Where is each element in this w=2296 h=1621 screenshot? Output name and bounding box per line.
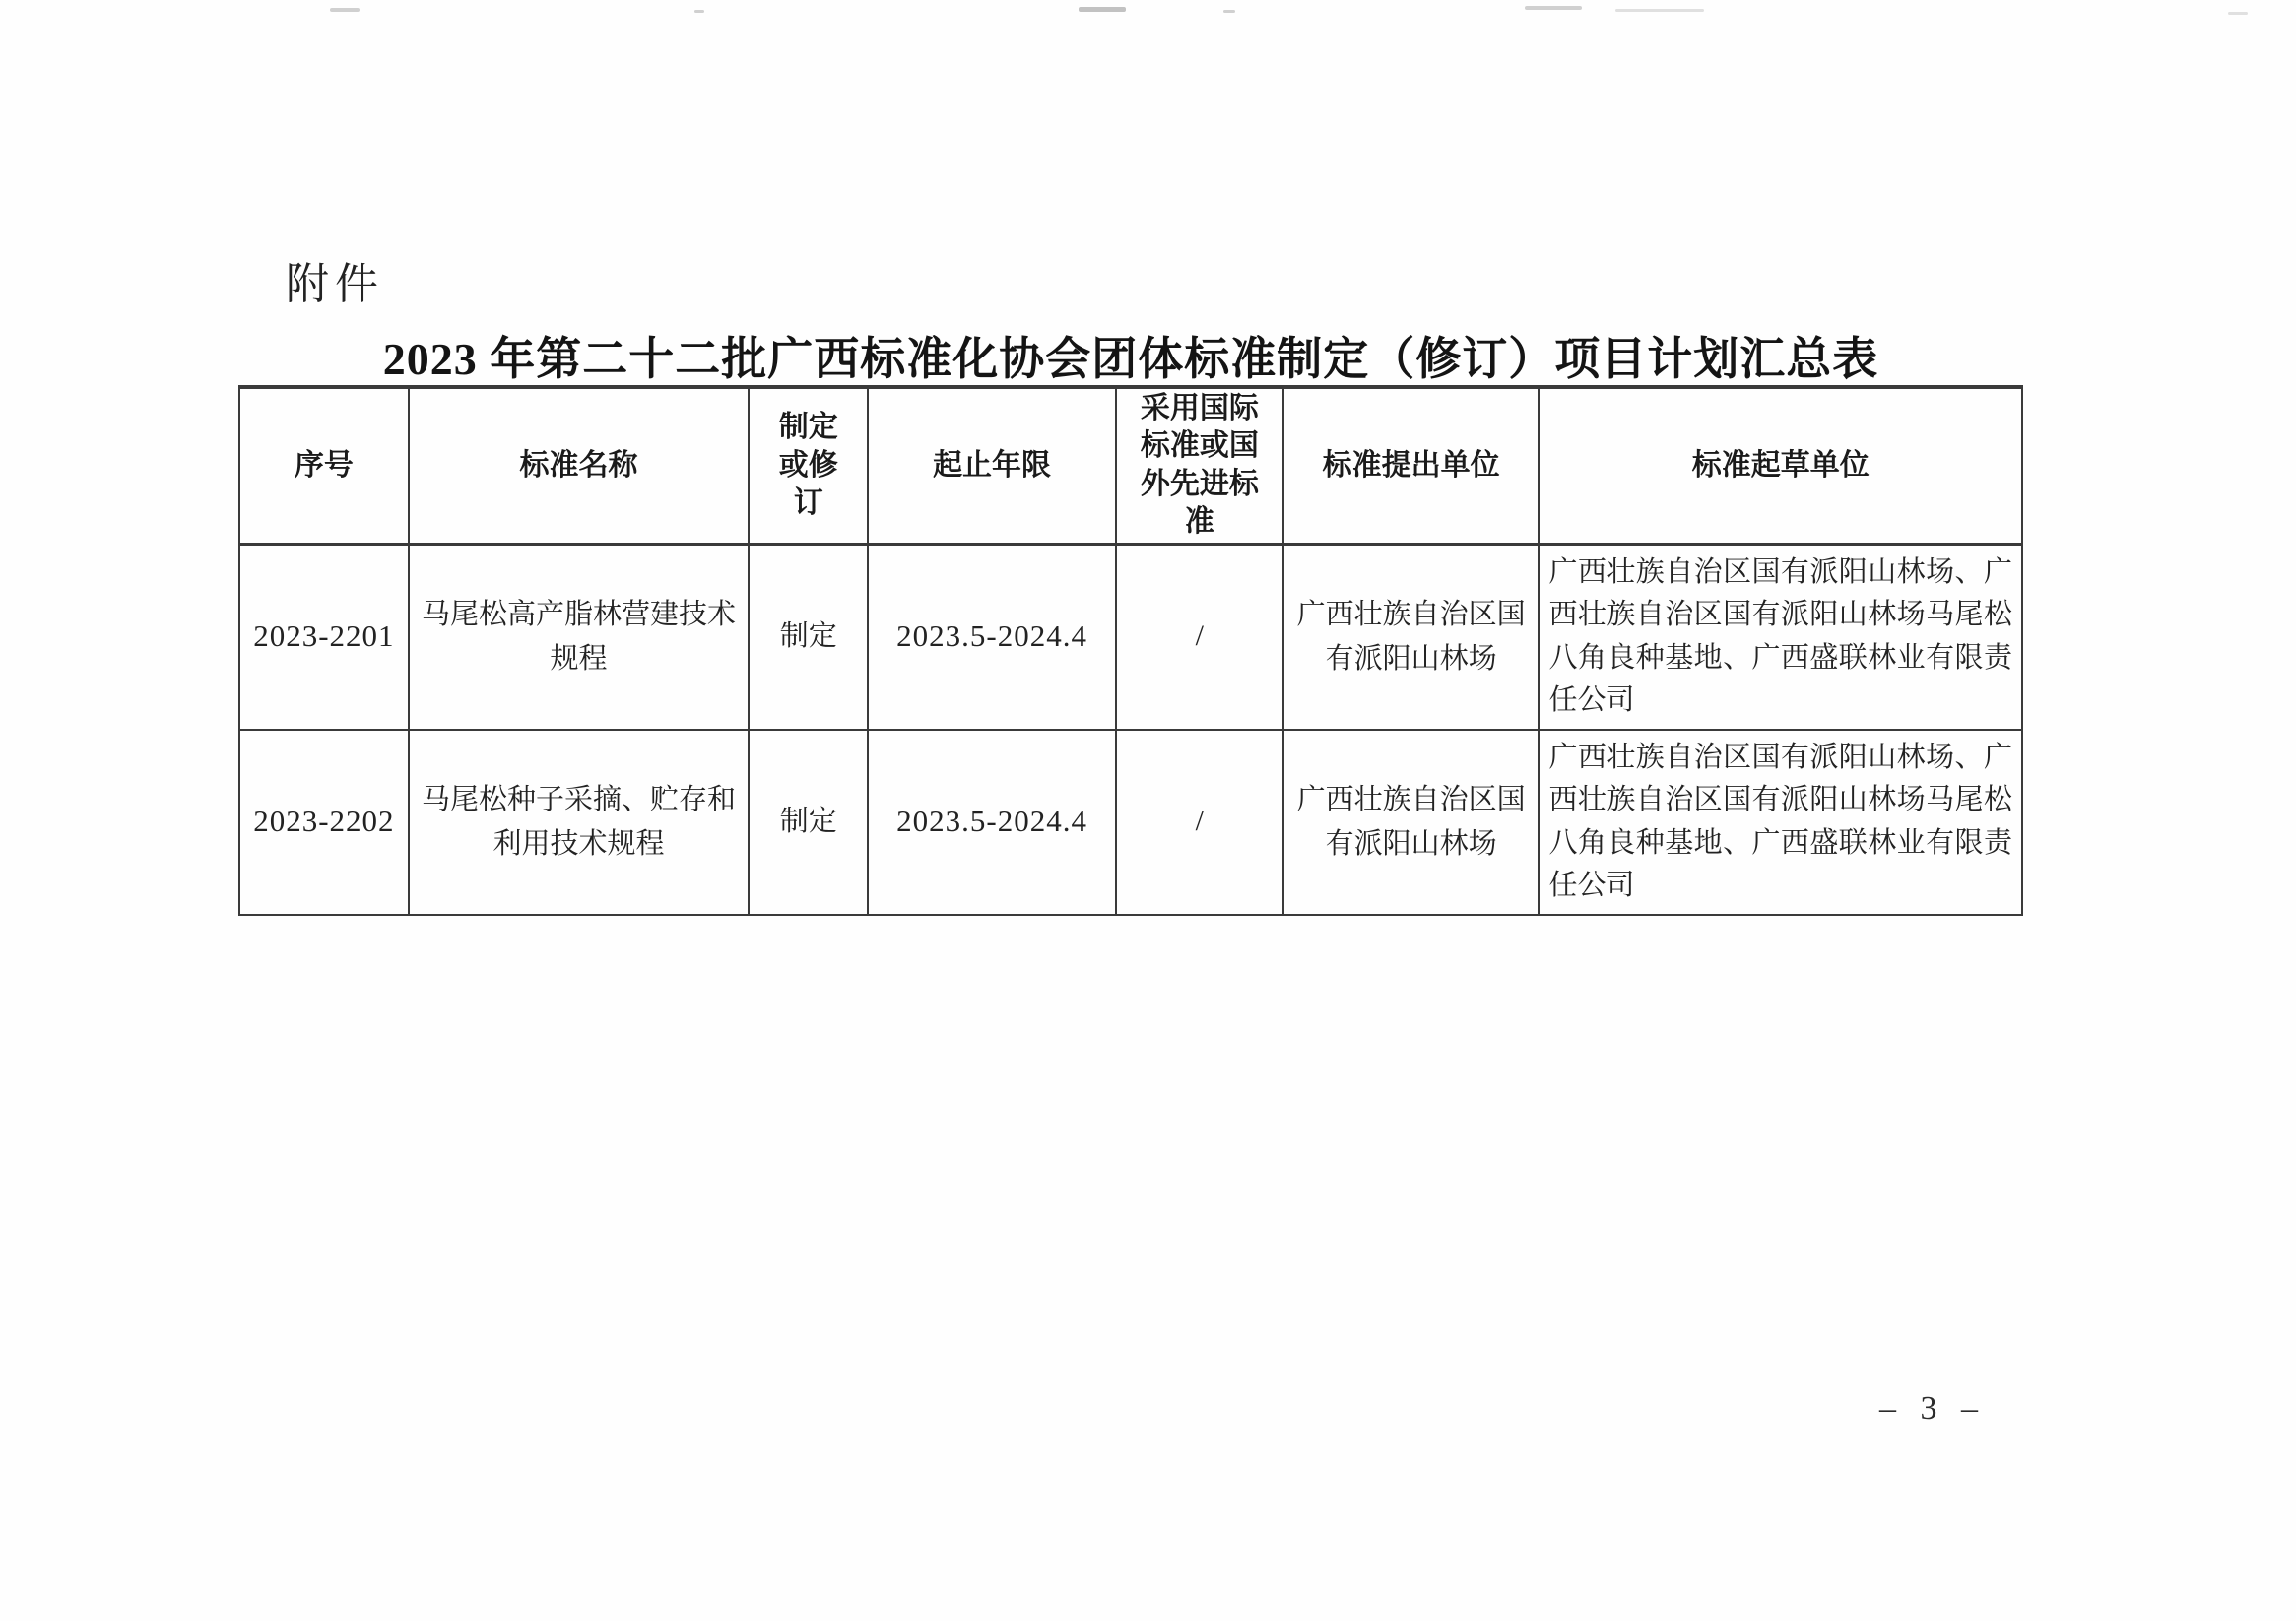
- scan-artifact: [1525, 6, 1582, 10]
- cell-seq: 2023-2201: [239, 544, 409, 730]
- cell-intl: /: [1116, 544, 1283, 730]
- cell-drafter: 广西壮族自治区国有派阳山林场、广西壮族自治区国有派阳山林场马尾松八角良种基地、广…: [1539, 544, 2022, 730]
- cell-proposer: 广西壮族自治区国有派阳山林场: [1283, 730, 1540, 915]
- table-row: 2023-2201 马尾松高产脂林营建技术规程 制定 2023.5-2024.4…: [239, 544, 2022, 730]
- cell-type: 制定: [749, 544, 868, 730]
- header-seq: 序号: [239, 387, 409, 544]
- header-type: 制定或修订: [749, 387, 868, 544]
- page-number: – 3 –: [1879, 1391, 1986, 1428]
- scan-artifact: [1079, 7, 1126, 12]
- header-row: 序号 标准名称 制定或修订 起止年限 采用国际标准或国外先进标准 标准提出单位 …: [239, 387, 2022, 544]
- cell-period: 2023.5-2024.4: [868, 730, 1116, 915]
- standards-plan-table: 序号 标准名称 制定或修订 起止年限 采用国际标准或国外先进标准 标准提出单位 …: [238, 385, 2023, 916]
- cell-type: 制定: [749, 730, 868, 915]
- scan-artifact: [330, 8, 360, 12]
- header-proposer: 标准提出单位: [1283, 387, 1540, 544]
- header-name: 标准名称: [409, 387, 750, 544]
- cell-intl: /: [1116, 730, 1283, 915]
- attachment-label: 附件: [286, 248, 384, 311]
- scan-artifact: [1615, 9, 1704, 12]
- scan-artifact: [1223, 10, 1235, 13]
- cell-period: 2023.5-2024.4: [868, 544, 1116, 730]
- cell-drafter: 广西壮族自治区国有派阳山林场、广西壮族自治区国有派阳山林场马尾松八角良种基地、广…: [1539, 730, 2022, 915]
- header-period: 起止年限: [868, 387, 1116, 544]
- cell-name: 马尾松种子采摘、贮存和利用技术规程: [409, 730, 750, 915]
- table-row: 2023-2202 马尾松种子采摘、贮存和利用技术规程 制定 2023.5-20…: [239, 730, 2022, 915]
- table-header: 序号 标准名称 制定或修订 起止年限 采用国际标准或国外先进标准 标准提出单位 …: [239, 387, 2022, 544]
- cell-seq: 2023-2202: [239, 730, 409, 915]
- cell-name: 马尾松高产脂林营建技术规程: [409, 544, 750, 730]
- scan-artifact: [694, 10, 704, 13]
- scan-artifact: [2228, 12, 2248, 15]
- table-body: 2023-2201 马尾松高产脂林营建技术规程 制定 2023.5-2024.4…: [239, 544, 2022, 915]
- header-drafter: 标准起草单位: [1539, 387, 2022, 544]
- cell-proposer: 广西壮族自治区国有派阳山林场: [1283, 544, 1540, 730]
- document-title: 2023 年第二十二批广西标准化协会团体标准制定（修订）项目计划汇总表: [238, 323, 2023, 388]
- header-intl: 采用国际标准或国外先进标准: [1116, 387, 1283, 544]
- scanned-document-page: 附件 2023 年第二十二批广西标准化协会团体标准制定（修订）项目计划汇总表 序…: [0, 0, 2296, 1621]
